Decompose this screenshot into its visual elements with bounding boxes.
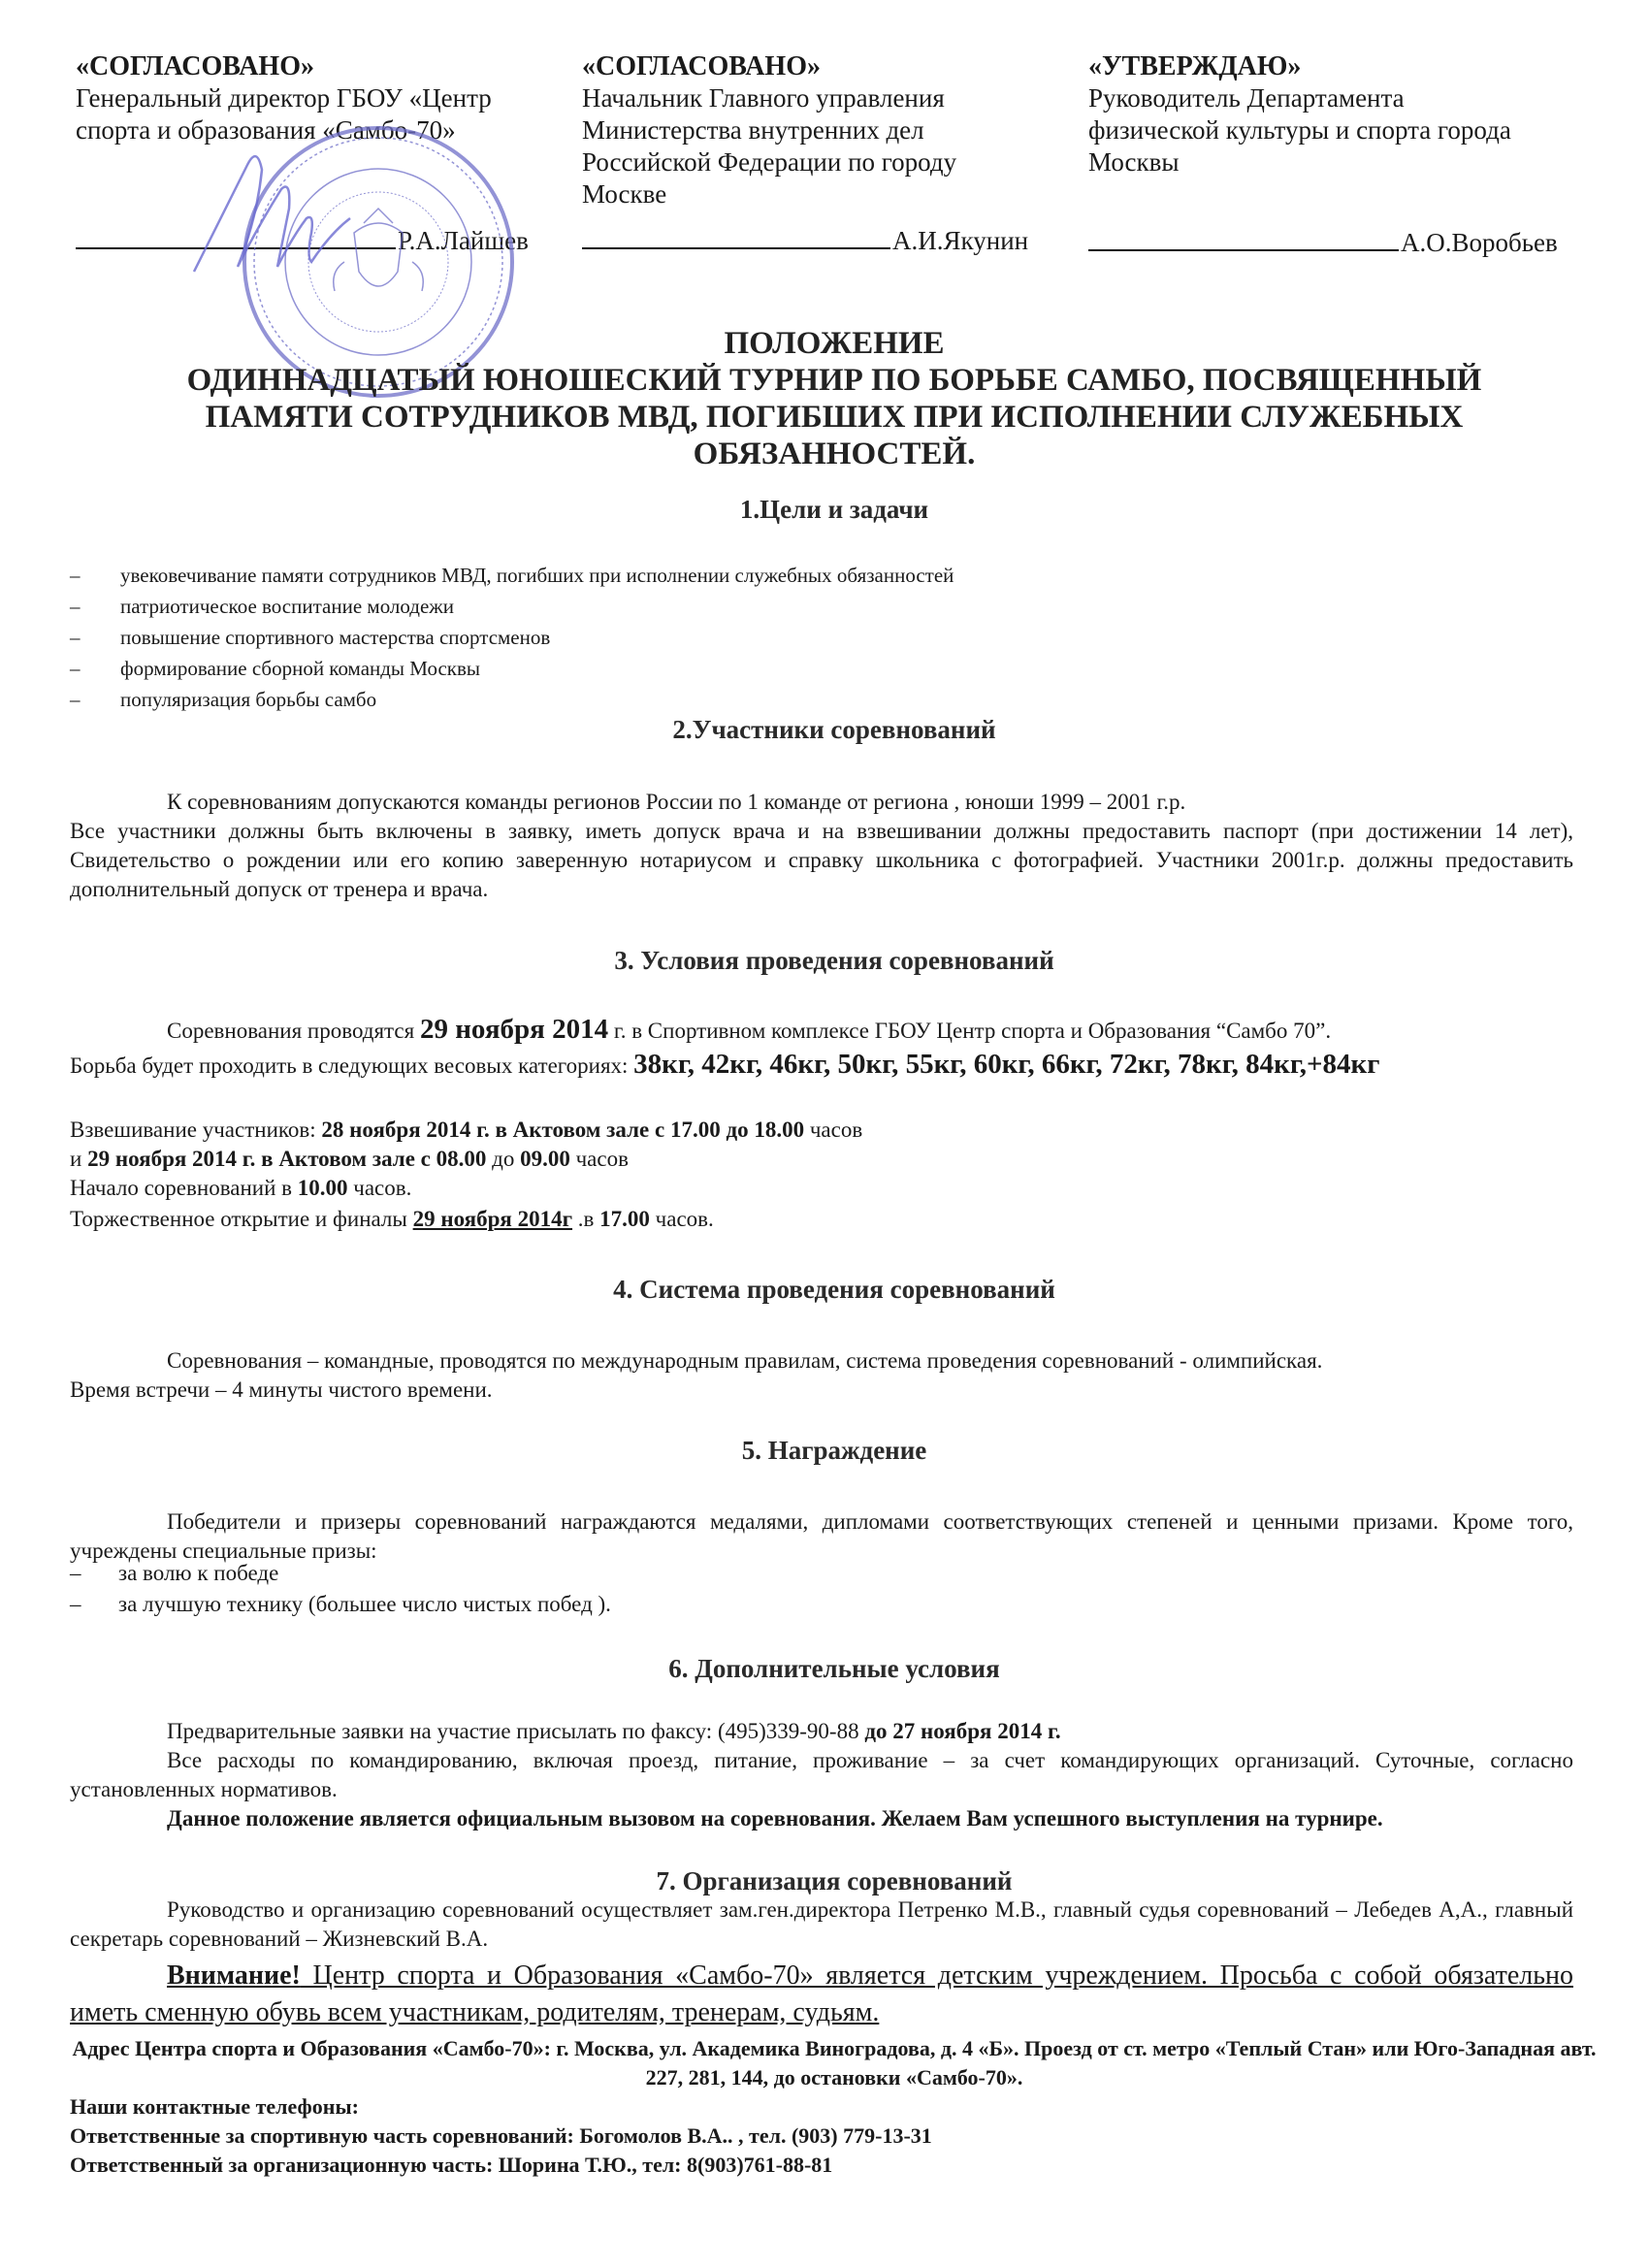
list-item: –популяризация борьбы самбо — [70, 684, 954, 715]
signatory-name: А.О.Воробьев — [1401, 228, 1558, 257]
competition-date: 29 ноября 2014 — [420, 1014, 608, 1045]
participants-paragraph: К соревнованиям допускаются команды реги… — [70, 788, 1573, 817]
start-time-line: Начало соревнований в 10.00 часов. — [70, 1174, 1573, 1203]
bout-time-line: Время встречи – 4 минуты чистого времени… — [70, 1376, 1573, 1405]
special-prizes-list: –за волю к победе –за лучшую технику (бо… — [70, 1558, 611, 1620]
contacts-block: Наши контактные телефоны: Ответственные … — [70, 2092, 932, 2180]
weight-categories: 38кг, 42кг, 46кг, 50кг, 55кг, 60кг, 66кг… — [633, 1049, 1379, 1080]
approval-line: Российской Федерации по городу — [582, 146, 1038, 178]
section-6-heading: 6. Дополнительные условия — [58, 1654, 1610, 1684]
signature-underline — [582, 246, 890, 249]
contact-organization: Ответственный за организационную часть: … — [70, 2151, 932, 2180]
approval-line: Начальник Главного управления — [582, 82, 1038, 114]
system-paragraph: Соревнования – командные, проводятся по … — [70, 1346, 1573, 1376]
awards-paragraph: Победители и призеры соревнований награж… — [70, 1507, 1573, 1566]
document-title: ПОЛОЖЕНИЕ ОДИННАДЦАТЫЙ ЮНОШЕСКИЙ ТУРНИР … — [58, 325, 1610, 472]
section-1-heading: 1.Цели и задачи — [58, 495, 1610, 525]
application-deadline: до 27 ноября 2014 г. — [864, 1719, 1060, 1743]
list-item: –за лучшую технику (большее число чистых… — [70, 1589, 611, 1620]
approvals-header: «СОГЛАСОВАНО» Генеральный директор ГБОУ … — [76, 50, 1589, 274]
section-3-heading: 3. Условия проведения соревнований — [58, 946, 1610, 976]
approval-heading: «УТВЕРЖДАЮ» — [1088, 50, 1593, 82]
signature-underline — [76, 246, 396, 249]
list-item: –формирование сборной команды Москвы — [70, 653, 954, 684]
approval-block-mvd: «СОГЛАСОВАНО» Начальник Главного управле… — [582, 50, 1038, 211]
approval-line: Министерства внутренних дел — [582, 114, 1038, 146]
signature-line: А.И.Якунин — [582, 225, 1028, 257]
signature-underline — [1088, 248, 1399, 251]
attention-notice: Внимание! Центр спорта и Образования «Са… — [70, 1958, 1573, 2031]
official-invitation-line: Данное положение является официальным вы… — [70, 1804, 1573, 1833]
title-line: ПАМЯТИ СОТРУДНИКОВ МВД, ПОГИБШИХ ПРИ ИСП… — [58, 399, 1610, 436]
signature-line: А.О.Воробьев — [1088, 227, 1558, 259]
title-line: ОБЯЗАННОСТЕЙ. — [58, 436, 1610, 472]
title-line: ОДИННАДЦАТЫЙ ЮНОШЕСКИЙ ТУРНИР ПО БОРЬБЕ … — [58, 362, 1610, 399]
section-7-heading: 7. Организация соревнований — [58, 1866, 1610, 1896]
signatory-name: Р.А.Лайшев — [398, 226, 529, 255]
finals-date: 29 ноября 2014г — [413, 1207, 572, 1231]
weigh-in-line-1: Взвешивание участников: 28 ноября 2014 г… — [70, 1116, 1573, 1145]
approval-line: Москвы — [1088, 146, 1593, 178]
weight-categories-paragraph: Борьба будет проходить в следующих весов… — [70, 1048, 1573, 1083]
competition-date-paragraph: Соревнования проводятся 29 ноября 2014 г… — [70, 1015, 1573, 1046]
goals-list: –увековечивание памяти сотрудников МВД, … — [70, 560, 954, 715]
title-line: ПОЛОЖЕНИЕ — [58, 325, 1610, 362]
section-4-heading: 4. Система проведения соревнований — [58, 1275, 1610, 1305]
document-page: «СОГЛАСОВАНО» Генеральный директор ГБОУ … — [0, 0, 1649, 2268]
approval-block-sport-department: «УТВЕРЖДАЮ» Руководитель Департамента фи… — [1088, 50, 1593, 178]
approval-line: спорта и образования «Самбо-70» — [76, 114, 561, 146]
finals-line: Торжественное открытие и финалы 29 ноябр… — [70, 1205, 1573, 1234]
approval-heading: «СОГЛАСОВАНО» — [582, 50, 1038, 82]
approval-block-sambo70: «СОГЛАСОВАНО» Генеральный директор ГБОУ … — [76, 50, 561, 146]
approval-line: Руководитель Департамента — [1088, 82, 1593, 114]
weigh-in-line-2: и 29 ноября 2014 г. в Актовом зале с 08.… — [70, 1145, 1573, 1174]
section-5-heading: 5. Награждение — [58, 1436, 1610, 1466]
address-block: Адрес Центра спорта и Образования «Самбо… — [58, 2034, 1610, 2092]
list-item: –за волю к победе — [70, 1558, 611, 1589]
participants-requirements: Все участники должны быть включены в зая… — [70, 817, 1573, 904]
organization-paragraph: Руководство и организацию соревнований о… — [70, 1895, 1573, 1954]
signature-line: Р.А.Лайшев — [76, 225, 529, 257]
signatory-name: А.И.Якунин — [892, 226, 1028, 255]
expenses-paragraph: Все расходы по командированию, включая п… — [70, 1746, 1573, 1804]
attention-label: Внимание! — [167, 1960, 301, 1991]
approval-heading: «СОГЛАСОВАНО» — [76, 50, 561, 82]
contact-sport: Ответственные за спортивную часть соревн… — [70, 2122, 932, 2151]
section-2-heading: 2.Участники соревнований — [58, 715, 1610, 745]
approval-line: Москве — [582, 178, 1038, 211]
applications-line: Предварительные заявки на участие присыл… — [70, 1717, 1573, 1746]
approval-line: физической культуры и спорта города — [1088, 114, 1593, 146]
list-item: –увековечивание памяти сотрудников МВД, … — [70, 560, 954, 591]
list-item: –повышение спортивного мастерства спортс… — [70, 622, 954, 653]
list-item: –патриотическое воспитание молодежи — [70, 591, 954, 622]
approval-line: Генеральный директор ГБОУ «Центр — [76, 82, 561, 114]
contacts-heading: Наши контактные телефоны: — [70, 2092, 932, 2122]
